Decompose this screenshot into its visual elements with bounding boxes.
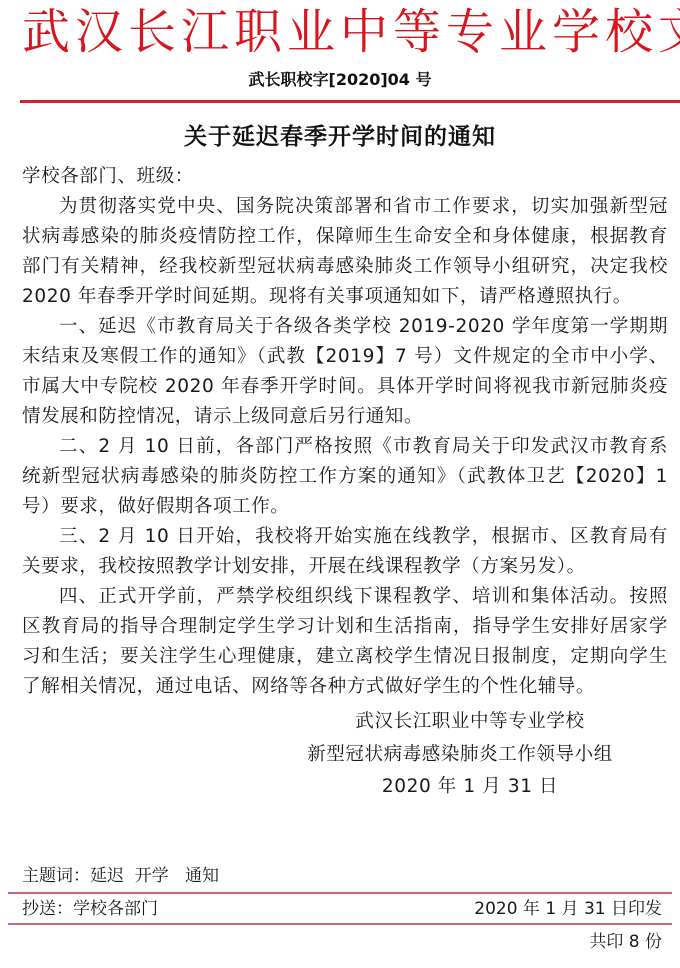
signature-date: 2020 年 1 月 31 日 xyxy=(300,771,640,804)
paragraph-item-2: 二、2 月 10 日前，各部门严格按照《市教育局关于印发武汉市教育系统新型冠状病… xyxy=(22,432,668,522)
footer-keywords: 主题词：延迟 开学 通知 xyxy=(22,863,219,889)
signature-working-group: 新型冠状病毒感染肺炎工作领导小组 xyxy=(280,739,640,772)
paragraph-intro: 为贯彻落实党中央、国务院决策部署和省市工作要求，切实加强新型冠状病毒感染的肺炎疫… xyxy=(22,192,668,312)
notice-body: 学校各部门、班级： 为贯彻落实党中央、国务院决策部署和省市工作要求，切实加强新型… xyxy=(22,162,668,702)
notice-title: 关于延迟春季开学时间的通知 xyxy=(0,122,680,152)
footer-print-date: 2020 年 1 月 31 日印发 xyxy=(474,895,662,923)
footer-cc-recipients: 抄送：学校各部门 xyxy=(22,895,158,923)
paragraph-item-1: 一、延迟《市教育局关于各级各类学校 2019-2020 学年度第一学期期末结束及… xyxy=(22,312,668,432)
document-number: 武长职校字[2020]04 号 xyxy=(0,68,680,92)
footer-copy-count: 共印 8 份 xyxy=(589,928,662,956)
paragraph-item-3: 三、2 月 10 日开始，我校将开始实施在线教学，根据市、区教育局有关要求，我校… xyxy=(22,522,668,582)
footer-divider-top xyxy=(8,892,672,894)
salutation: 学校各部门、班级： xyxy=(22,162,668,192)
issuing-authority-title: 武汉长江职业中等专业学校文件 xyxy=(22,4,670,60)
footer-divider-bottom xyxy=(8,923,672,925)
signature-block: 武汉长江职业中等专业学校 新型冠状病毒感染肺炎工作领导小组 2020 年 1 月… xyxy=(300,706,640,804)
footer-distribution-row: 抄送：学校各部门 2020 年 1 月 31 日印发 xyxy=(22,895,662,923)
signature-organization: 武汉长江职业中等专业学校 xyxy=(300,706,640,739)
paragraph-item-4: 四、正式开学前，严禁学校组织线下课程教学、培训和集体活动。按照区教育局的指导合理… xyxy=(22,582,668,702)
header-red-divider xyxy=(20,100,680,103)
